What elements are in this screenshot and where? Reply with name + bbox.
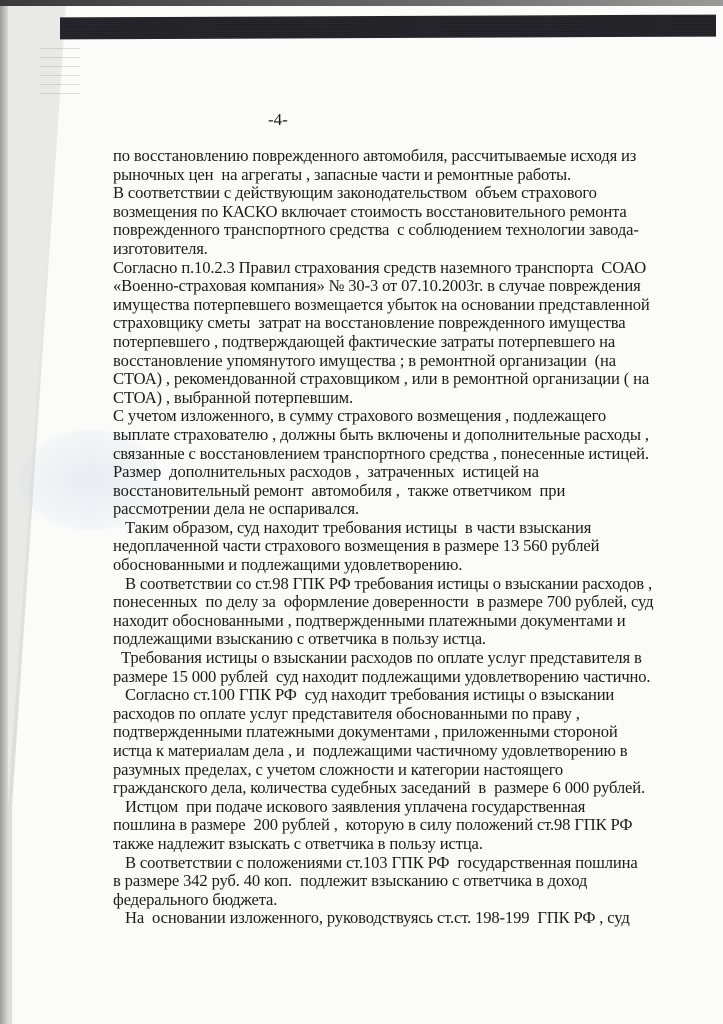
text-line: размере 15 000 рублей суд находит подлеж…: [113, 668, 713, 687]
text-line: поврежденного транспортного средства с с…: [113, 221, 713, 240]
text-line: Размер дополнительных расходов , затраче…: [113, 463, 713, 482]
text-line: понесенных по делу за оформление доверен…: [113, 593, 713, 612]
text-line: истца к материалам дела , и подлежащими …: [113, 742, 713, 761]
text-line: в размере 342 руб. 40 коп. подлежит взыс…: [113, 872, 713, 891]
text-line: также надлежит взыскать с ответчика в по…: [113, 835, 713, 854]
text-line: На основании изложенного, руководствуясь…: [113, 909, 713, 928]
scanner-top-edge: [0, 0, 723, 6]
text-line: имущества потерпевшего возмещается убыто…: [113, 296, 713, 315]
text-line: федерального бюджета.: [113, 891, 713, 910]
text-line: пошлина в размере 200 рублей , которую в…: [113, 816, 713, 835]
text-line: разумных пределах, с учетом сложности и …: [113, 761, 713, 780]
page-number: -4-: [268, 110, 288, 130]
text-line: Согласно ст.100 ГПК РФ суд находит требо…: [113, 686, 713, 705]
text-line: СТОА) , рекомендованной страховщиком , и…: [113, 370, 713, 389]
text-line: Истцом при подаче искового заявления упл…: [113, 798, 713, 817]
text-line: связанные с восстановлением транспортног…: [113, 445, 713, 464]
text-line: недоплаченной части страхового возмещени…: [113, 537, 713, 556]
text-line: выплате страхователю , должны быть включ…: [113, 426, 713, 445]
text-line: подтвержденными платежными документами ,…: [113, 723, 713, 742]
text-line: находит обоснованными , подтвержденными …: [113, 612, 713, 631]
text-line: В соответствии с положениями ст.103 ГПК …: [113, 854, 713, 873]
text-line: Требования истицы о взыскании расходов п…: [113, 649, 713, 668]
redaction-bar: [60, 15, 716, 40]
text-line: рассмотрении дела не оспаривался.: [113, 500, 713, 519]
text-line: восстановительный ремонт автомобиля , та…: [113, 482, 713, 501]
text-line: С учетом изложенного, в сумму страхового…: [113, 407, 713, 426]
text-line: В соответствии с действующим законодател…: [113, 184, 713, 203]
text-line: изготовителя.: [113, 240, 713, 259]
text-line: потерпевшего , подтверждающей фактически…: [113, 333, 713, 352]
text-line: «Военно-страховая компания» № 30-3 от 07…: [113, 277, 713, 296]
document-body: по восстановлению поврежденного автомоби…: [113, 147, 713, 928]
text-line: по восстановлению поврежденного автомоби…: [113, 147, 713, 166]
text-line: Согласно п.10.2.3 Правил страхования сре…: [113, 259, 713, 278]
text-line: восстановление упомянутого имущества ; в…: [113, 352, 713, 371]
text-line: В соответствии со ст.98 ГПК РФ требовани…: [113, 575, 713, 594]
scanner-margin: [0, 0, 8, 1024]
text-line: расходов по оплате услуг представителя о…: [113, 705, 713, 724]
bleed-through-marks: [40, 40, 80, 130]
text-line: рыночных цен на агрегаты , запасные част…: [113, 166, 713, 185]
text-line: Таким образом, суд находит требования ис…: [113, 519, 713, 538]
text-line: обоснованными и подлежащими удовлетворен…: [113, 556, 713, 575]
text-line: страховщику сметы затрат на восстановлен…: [113, 314, 713, 333]
text-line: СТОА) , выбранной потерпевшим.: [113, 389, 713, 408]
text-line: подлежащими взысканию с ответчика в поль…: [113, 630, 713, 649]
text-line: гражданского дела, количества судебных з…: [113, 779, 713, 798]
text-line: возмещения по КАСКО включает стоимость в…: [113, 203, 713, 222]
